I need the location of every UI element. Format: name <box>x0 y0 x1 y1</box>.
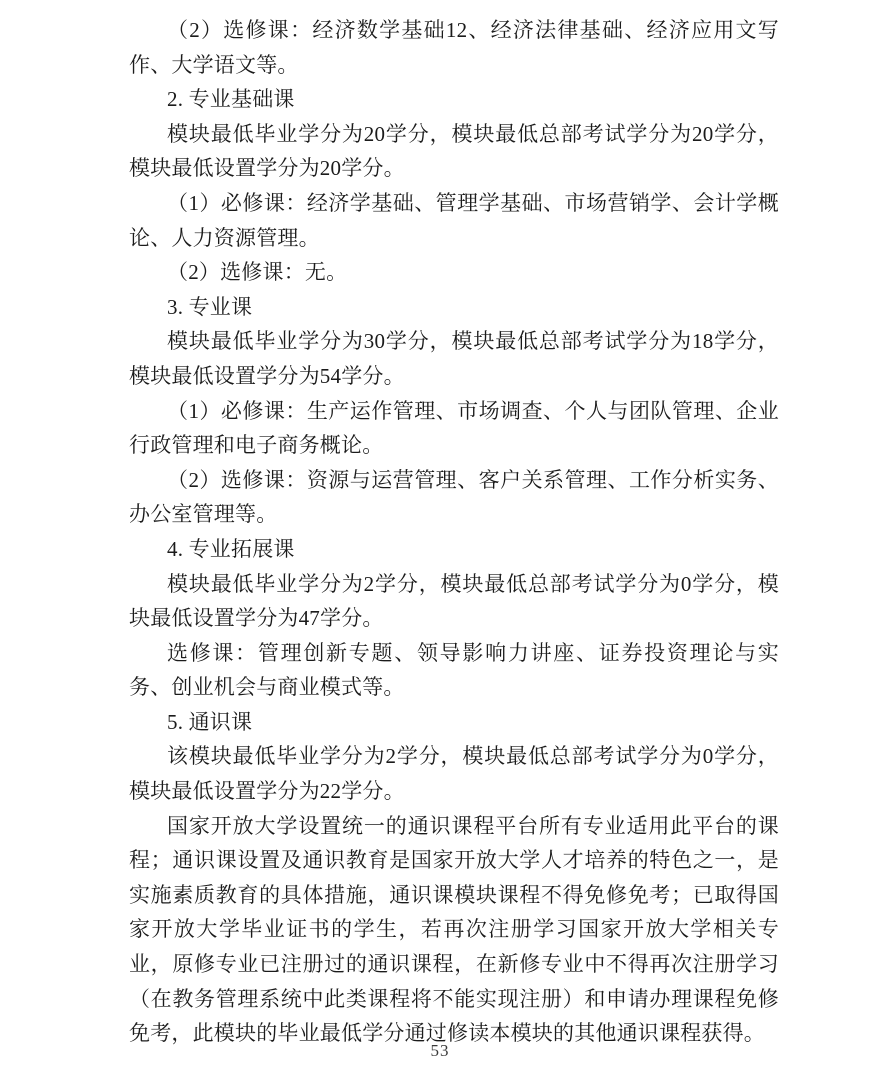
paragraph: 模块最低毕业学分为2学分，模块最低总部考试学分为0学分，模块最低设置学分为47学… <box>129 567 779 636</box>
document-page: （2）选修课：经济数学基础12、经济法律基础、经济应用文写作、大学语文等。2. … <box>0 0 880 1084</box>
paragraph: 模块最低毕业学分为20学分，模块最低总部考试学分为20学分，模块最低设置学分为2… <box>129 117 779 186</box>
paragraph: （2）选修课：经济数学基础12、经济法律基础、经济应用文写作、大学语文等。 <box>129 13 779 82</box>
section-heading: 4. 专业拓展课 <box>129 532 779 567</box>
paragraph: （1）必修课：生产运作管理、市场调查、个人与团队管理、企业行政管理和电子商务概论… <box>129 394 779 463</box>
paragraph: （2）选修课：无。 <box>129 255 779 290</box>
paragraph: 选修课：管理创新专题、领导影响力讲座、证券投资理论与实务、创业机会与商业模式等。 <box>129 636 779 705</box>
section-heading: 2. 专业基础课 <box>129 82 779 117</box>
paragraph: 模块最低毕业学分为30学分，模块最低总部考试学分为18学分，模块最低设置学分为5… <box>129 324 779 393</box>
paragraph: （2）选修课：资源与运营管理、客户关系管理、工作分析实务、办公室管理等。 <box>129 463 779 532</box>
section-heading: 5. 通识课 <box>129 705 779 740</box>
page-number: 53 <box>0 1041 880 1061</box>
paragraph: 国家开放大学设置统一的通识课程平台所有专业适用此平台的课程；通识课设置及通识教育… <box>129 809 779 1051</box>
section-heading: 3. 专业课 <box>129 290 779 325</box>
document-body-text: （2）选修课：经济数学基础12、经济法律基础、经济应用文写作、大学语文等。2. … <box>129 13 779 1051</box>
paragraph: （1）必修课：经济学基础、管理学基础、市场营销学、会计学概论、人力资源管理。 <box>129 186 779 255</box>
paragraph: 该模块最低毕业学分为2学分，模块最低总部考试学分为0学分，模块最低设置学分为22… <box>129 739 779 808</box>
